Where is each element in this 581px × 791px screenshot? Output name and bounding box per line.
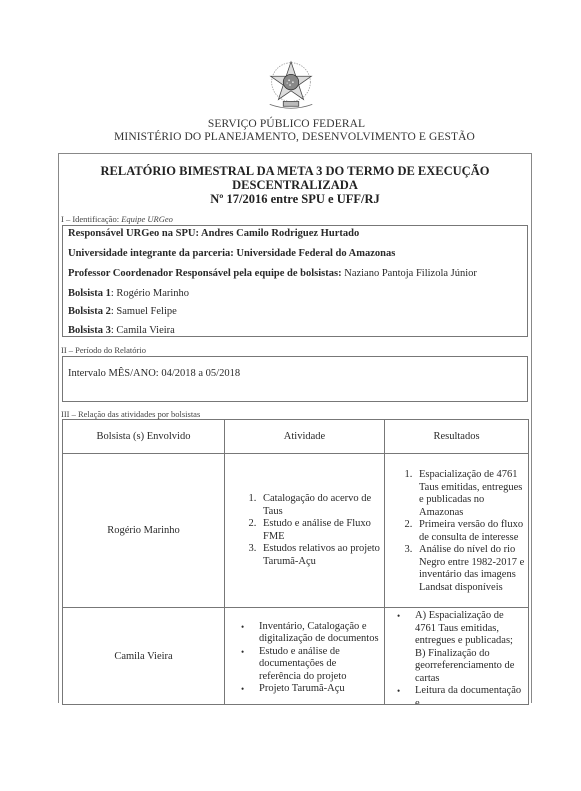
bolsista-line: Bolsista 2: Samuel Felipe (68, 306, 177, 317)
bolsista-line: Bolsista 3: Camila Vieira (68, 325, 175, 336)
resultados-clip: A) Espacialização de 4761 Taus emitidas,… (385, 608, 528, 704)
resultados-cell: A) Espacialização de 4761 Taus emitidas,… (385, 608, 529, 705)
list-item: Leitura da documentação e (415, 685, 525, 704)
column-header-bolsista: Bolsista (s) Envolvido (63, 420, 225, 454)
bolsista-value: : Samuel Felipe (111, 306, 177, 317)
list-item: Inventário, Catalogação e digitalização … (259, 621, 380, 646)
universidade-text: Universidade integrante da parceria: Uni… (68, 248, 395, 259)
table-row: Camila Vieira Inventário, Catalogação e … (63, 608, 529, 705)
section-periodo-label: II – Período do Relatório (61, 345, 146, 355)
list-item: Estudo e análise de documentações de ref… (259, 646, 380, 684)
report-title-line1: RELATÓRIO BIMESTRAL DA META 3 DO TERMO D… (58, 164, 532, 179)
atividade-cell: Inventário, Catalogação e digitalização … (225, 608, 385, 705)
identificacao-box (62, 225, 528, 337)
header-ministry-name: MINISTÉRIO DO PLANEJAMENTO, DESENVOLVIME… (4, 131, 581, 143)
bolsista-label: Bolsista 3 (68, 325, 111, 336)
bolsista-label: Bolsista 1 (68, 288, 111, 299)
bolsista-cell: Rogério Marinho (63, 454, 225, 608)
report-title-line2: DESCENTRALIZADA (58, 178, 532, 193)
list-item: Espacialização de 4761 Taus emitidas, en… (415, 469, 525, 519)
column-header-atividade: Atividade (225, 420, 385, 454)
table-header-row: Bolsista (s) Envolvido Atividade Resulta… (63, 420, 529, 454)
atividades-table: Bolsista (s) Envolvido Atividade Resulta… (62, 419, 529, 705)
bolsista-line: Bolsista 1: Rogério Marinho (68, 288, 189, 299)
section-atividades-label: III – Relação das atividades por bolsist… (61, 409, 200, 419)
section-identificacao-label: I – Identificação: Equipe URGeo (61, 214, 173, 224)
professor-line: Professor Coordenador Responsável pela e… (68, 268, 477, 279)
report-title-line3: Nº 17/2016 entre SPU e UFF/RJ (58, 192, 532, 207)
section-label-text: I – Identificação: (61, 214, 121, 224)
list-item: Estudos relativos ao projeto Tarumã-Açu (259, 543, 380, 568)
header-service-name: SERVIÇO PÚBLICO FEDERAL (0, 118, 577, 130)
bolsista-cell: Camila Vieira (63, 608, 225, 705)
list-item: Catalogação do acervo de Taus (259, 493, 380, 518)
bolsista-label: Bolsista 2 (68, 306, 111, 317)
responsavel-line: Responsável URGeo na SPU: Andres Camilo … (68, 228, 359, 239)
bolsista-value: : Rogério Marinho (111, 288, 189, 299)
table-row: Rogério Marinho Catalogação do acervo de… (63, 454, 529, 608)
periodo-intervalo: Intervalo MÊS/ANO: 04/2018 a 05/2018 (68, 368, 240, 379)
brazil-coat-of-arms-icon (262, 55, 320, 115)
list-item: Estudo e análise de Fluxo FME (259, 518, 380, 543)
professor-label: Professor Coordenador Responsável pela e… (68, 268, 342, 279)
section-label-italic: Equipe URGeo (121, 214, 173, 224)
list-item: A) Espacialização de 4761 Taus emitidas,… (415, 610, 525, 685)
list-item: Análise do nível do rio Negro entre 1982… (415, 544, 525, 594)
list-item: Primeira versão do fluxo de consulta de … (415, 519, 525, 544)
atividade-cell: Catalogação do acervo de Taus Estudo e a… (225, 454, 385, 608)
resultados-cell: Espacialização de 4761 Taus emitidas, en… (385, 454, 529, 608)
universidade-line: Universidade integrante da parceria: Uni… (68, 248, 395, 259)
list-item: Projeto Tarumã-Açu (259, 683, 380, 696)
bolsista-value: : Camila Vieira (111, 325, 175, 336)
responsavel-text: Responsável URGeo na SPU: Andres Camilo … (68, 228, 359, 239)
periodo-box (62, 356, 528, 402)
column-header-resultados: Resultados (385, 420, 529, 454)
professor-value: Naziano Pantoja Filizola Júnior (342, 268, 477, 279)
